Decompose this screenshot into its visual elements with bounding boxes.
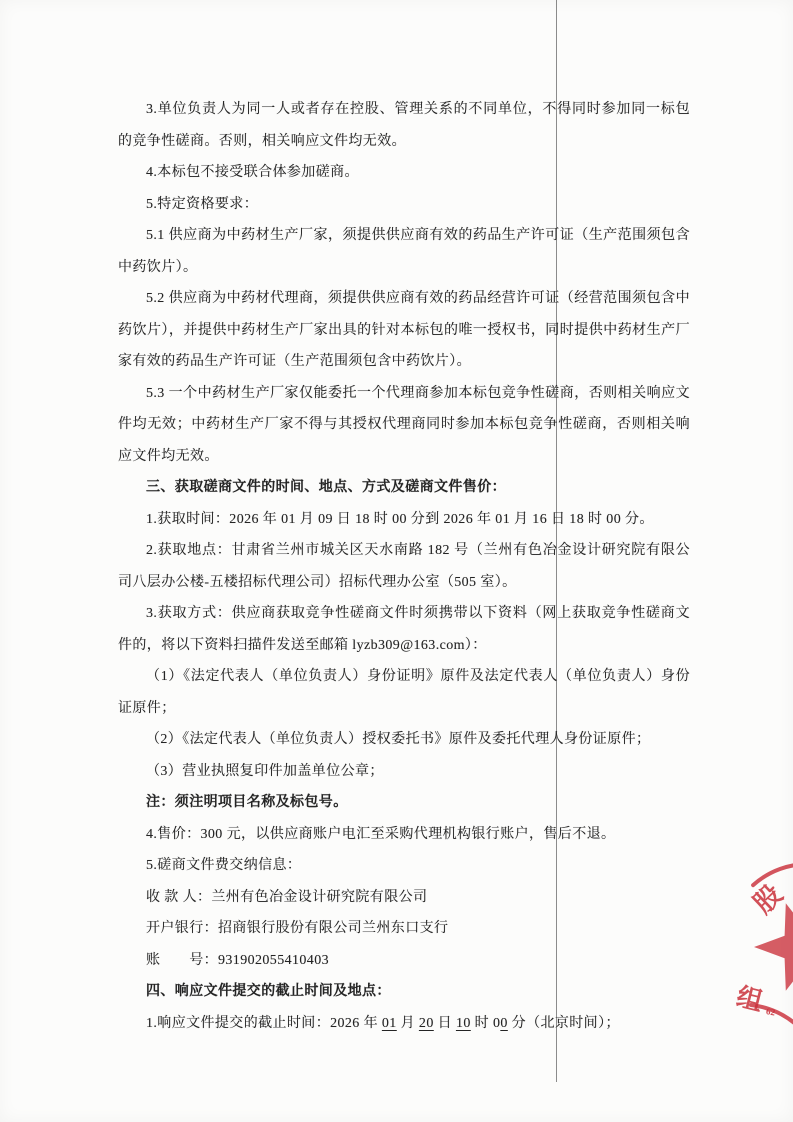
text-run: 5.特定资格要求： <box>146 197 258 212</box>
seal-top-arc <box>753 864 793 885</box>
text-run: 四、响应文件提交的截止时间及地点： <box>146 984 391 999</box>
text-run: 注：须注明项目名称及标包号。 <box>146 795 348 810</box>
text-run: 分（北京时间）； <box>508 1016 620 1031</box>
text-run: 5.2 供应商为中药材代理商，须提供供应商有效的药品经营许可证（经营范围须包含中… <box>118 291 690 369</box>
paragraph: 1.响应文件提交的截止时间：2026 年 01 月 20 日 10 时 00 分… <box>118 1008 690 1040</box>
text-run: 1.获取时间：2026 年 01 月 09 日 18 时 00 分到 2026 … <box>146 512 654 527</box>
text-run: 2.获取地点：甘肃省兰州市城关区天水南路 182 号（兰州有色冶金设计研究院有限… <box>118 543 690 590</box>
paragraph: 收 款 人：兰州有色冶金设计研究院有限公司 <box>118 882 690 914</box>
text-run: 账 号：931902055410403 <box>146 953 329 968</box>
section-heading: 四、响应文件提交的截止时间及地点： <box>118 976 690 1008</box>
text-run: 时 0 <box>471 1016 501 1031</box>
text-run: （1）《法定代表人（单位负责人）身份证明》原件及法定代表人（单位负责人）身份证原… <box>118 669 690 716</box>
paragraph: 1.获取时间：2026 年 01 月 09 日 18 时 00 分到 2026 … <box>118 504 690 536</box>
stamp-char-bottom: 组 <box>734 982 766 1016</box>
text-run: 3.单位负责人为同一人或者存在控股、管理关系的不同单位，不得同时参加同一标包的竞… <box>118 102 690 149</box>
paragraph: 5.特定资格要求： <box>118 189 690 221</box>
section-heading: 三、获取磋商文件的时间、地点、方式及磋商文件售价： <box>118 472 690 504</box>
paragraph: 3.获取方式：供应商获取竞争性磋商文件时须携带以下资料（网上获取竞争性磋商文件的… <box>118 598 690 661</box>
text-run: 三、获取磋商文件的时间、地点、方式及磋商文件售价： <box>146 480 506 495</box>
paragraph: 2.获取地点：甘肃省兰州市城关区天水南路 182 号（兰州有色冶金设计研究院有限… <box>118 535 690 598</box>
section-heading: 注：须注明项目名称及标包号。 <box>118 787 690 819</box>
red-seal-stamp: 股 组 62 <box>718 850 793 1040</box>
text-run: 开户银行：招商银行股份有限公司兰州东口支行 <box>146 921 448 936</box>
document-body: 3.单位负责人为同一人或者存在控股、管理关系的不同单位，不得同时参加同一标包的竞… <box>118 94 690 1039</box>
star-icon <box>754 903 793 990</box>
paragraph: 4.本标包不接受联合体参加磋商。 <box>118 157 690 189</box>
underlined-text: 20 <box>419 1016 434 1031</box>
stamp-digits: 62 <box>765 1006 776 1017</box>
paragraph: （2）《法定代表人（单位负责人）授权委托书》原件及委托代理人身份证原件； <box>118 724 690 756</box>
text-run: （3）营业执照复印件加盖单位公章； <box>146 764 384 779</box>
scanned-document-page: 3.单位负责人为同一人或者存在控股、管理关系的不同单位，不得同时参加同一标包的竞… <box>0 0 793 1122</box>
paragraph: （1）《法定代表人（单位负责人）身份证明》原件及法定代表人（单位负责人）身份证原… <box>118 661 690 724</box>
paragraph: （3）营业执照复印件加盖单位公章； <box>118 756 690 788</box>
paragraph: 5.2 供应商为中药材代理商，须提供供应商有效的药品经营许可证（经营范围须包含中… <box>118 283 690 378</box>
paragraph: 5.3 一个中药材生产厂家仅能委托一个代理商参加本标包竞争性磋商，否则相关响应文… <box>118 378 690 473</box>
paragraph: 3.单位负责人为同一人或者存在控股、管理关系的不同单位，不得同时参加同一标包的竞… <box>118 94 690 157</box>
text-run: （2）《法定代表人（单位负责人）授权委托书》原件及委托代理人身份证原件； <box>146 732 650 747</box>
text-run: 日 <box>434 1016 456 1031</box>
text-run: 月 <box>397 1016 419 1031</box>
text-run: 1.响应文件提交的截止时间：2026 年 <box>146 1016 382 1031</box>
underlined-text: 01 <box>382 1016 397 1031</box>
text-run: 4.售价：300 元，以供应商账户电汇至采购代理机构银行账户，售后不退。 <box>146 827 615 842</box>
text-run: 收 款 人：兰州有色冶金设计研究院有限公司 <box>146 890 427 905</box>
paragraph: 4.售价：300 元，以供应商账户电汇至采购代理机构银行账户，售后不退。 <box>118 819 690 851</box>
paragraph: 账 号：931902055410403 <box>118 945 690 977</box>
paragraph: 开户银行：招商银行股份有限公司兰州东口支行 <box>118 913 690 945</box>
paragraph: 5.磋商文件费交纳信息： <box>118 850 690 882</box>
underlined-text: 10 <box>456 1016 471 1031</box>
text-run: 4.本标包不接受联合体参加磋商。 <box>146 165 359 180</box>
text-run: 5.3 一个中药材生产厂家仅能委托一个代理商参加本标包竞争性磋商，否则相关响应文… <box>118 386 690 464</box>
text-run: 5.1 供应商为中药材生产厂家，须提供供应商有效的药品生产许可证（生产范围须包含… <box>118 228 690 275</box>
text-run: 3.获取方式：供应商获取竞争性磋商文件时须携带以下资料（网上获取竞争性磋商文件的… <box>118 606 690 653</box>
text-run: 5.磋商文件费交纳信息： <box>146 858 301 873</box>
paragraph: 5.1 供应商为中药材生产厂家，须提供供应商有效的药品生产许可证（生产范围须包含… <box>118 220 690 283</box>
underlined-text: 0 <box>500 1016 507 1031</box>
